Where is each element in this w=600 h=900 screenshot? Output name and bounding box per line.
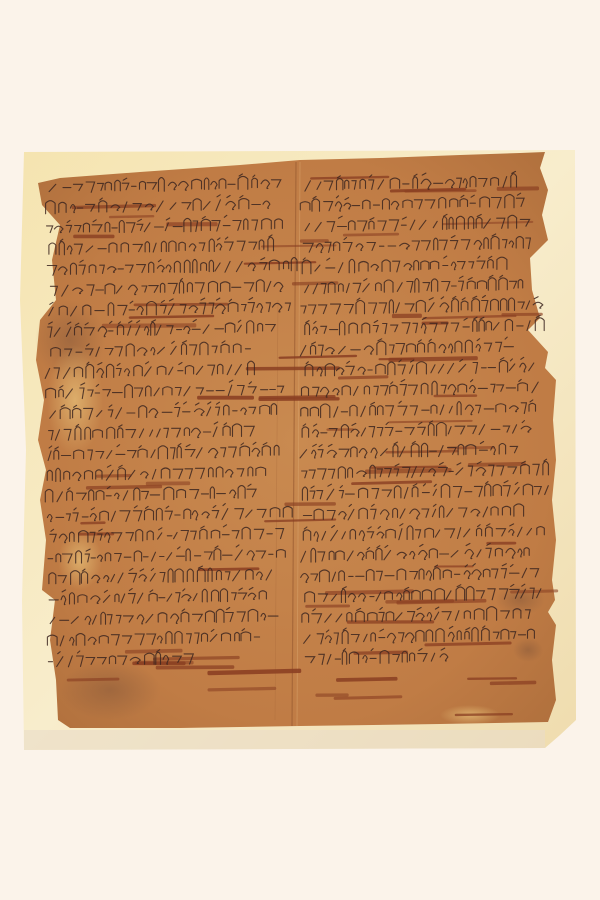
manuscript-photo (0, 0, 600, 900)
manuscript-illustration (0, 0, 600, 900)
